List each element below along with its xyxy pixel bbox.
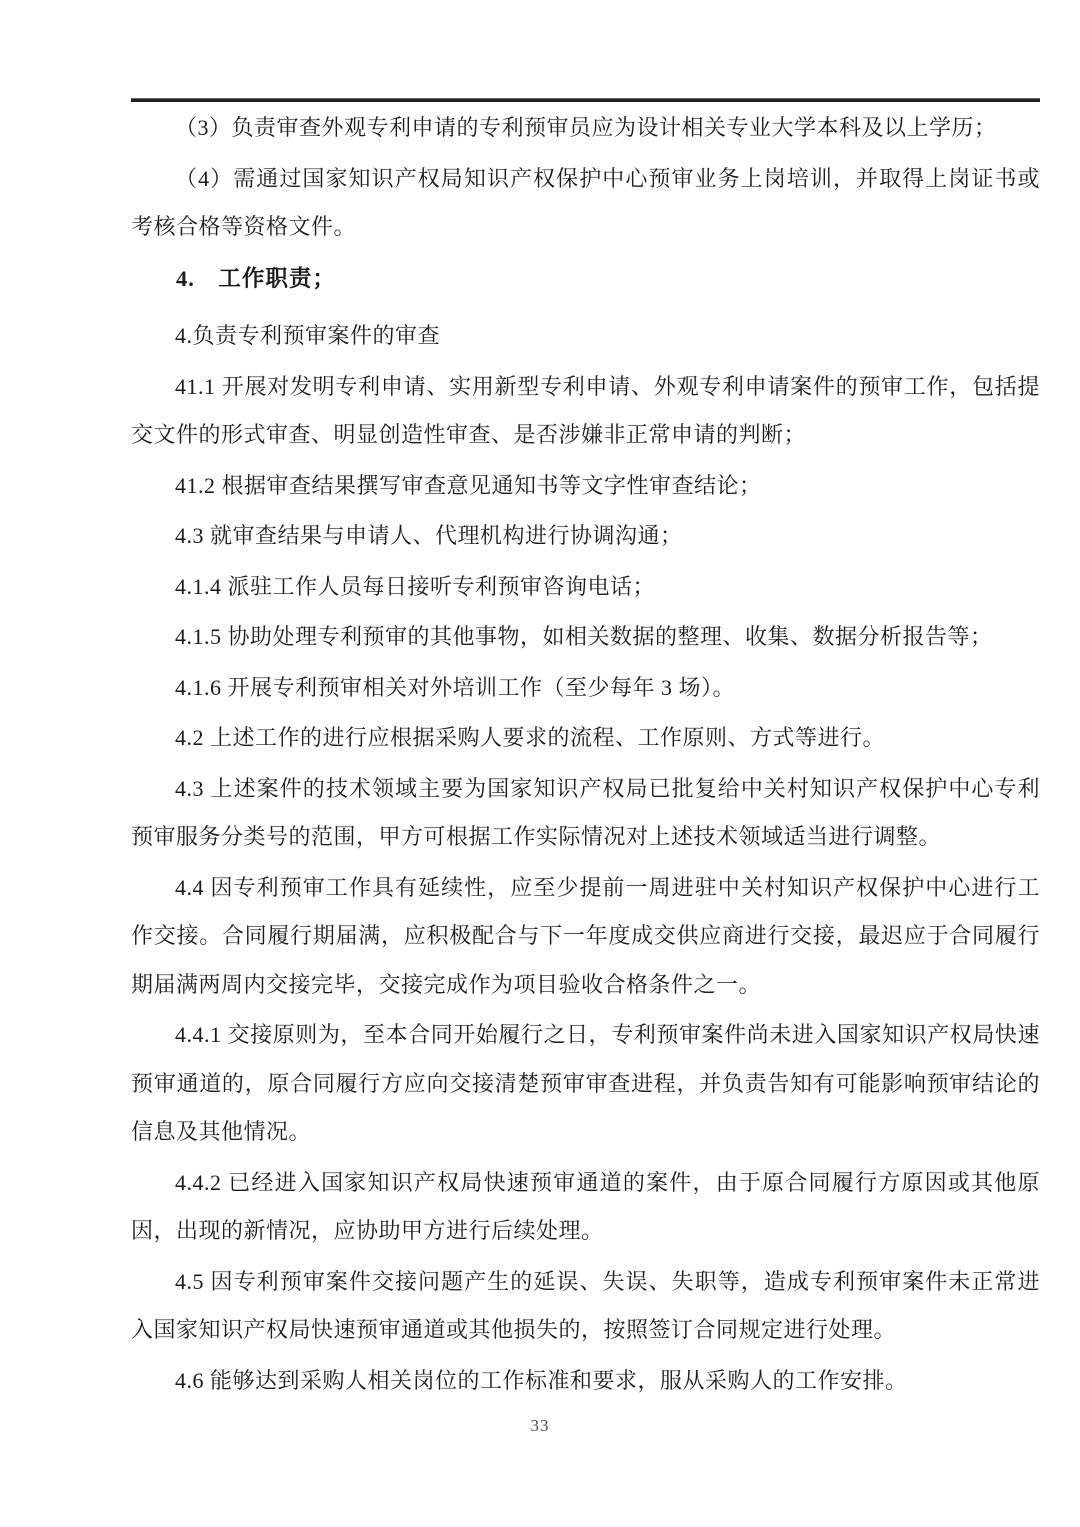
paragraph-4-1-4: 4.1.4 派驻工作人员每日接听专利预审咨询电话； <box>131 563 1040 612</box>
header-rule <box>131 98 1040 102</box>
paragraph-4-3-domains: 4.3 上述案件的技术领域主要为国家知识产权局已批复给中关村知识产权保护中心专利… <box>131 765 1040 862</box>
paragraph-item-4: （4）需通过国家知识产权局知识产权保护中心预审业务上岗培训，并取得上岗证书或考核… <box>131 155 1040 252</box>
paragraph-item-3: （3）负责审查外观专利申请的专利预审员应为设计相关专业大学本科及以上学历； <box>131 104 1040 153</box>
paragraph-4-1-6: 4.1.6 开展专利预审相关对外培训工作（至少每年 3 场）。 <box>131 664 1040 713</box>
paragraph-4-6: 4.6 能够达到采购人相关岗位的工作标准和要求，服从采购人的工作安排。 <box>131 1357 1040 1406</box>
paragraph-41-2: 41.2 根据审查结果撰写审查意见通知书等文字性审查结论； <box>131 462 1040 511</box>
paragraph-4-3-communication: 4.3 就审查结果与申请人、代理机构进行协调沟通； <box>131 512 1040 561</box>
paragraph-41-1: 41.1 开展对发明专利申请、实用新型专利申请、外观专利申请案件的预审工作，包括… <box>131 363 1040 460</box>
document-page: （3）负责审查外观专利申请的专利预审员应为设计相关专业大学本科及以上学历； （4… <box>0 0 1080 1527</box>
page-number: 33 <box>0 1416 1080 1436</box>
paragraph-4-4: 4.4 因专利预审工作具有延续性，应至少提前一周进驻中关村知识产权保护中心进行工… <box>131 864 1040 1010</box>
document-body: （3）负责审查外观专利申请的专利预审员应为设计相关专业大学本科及以上学历； （4… <box>131 104 1040 1407</box>
paragraph-4-5: 4.5 因专利预审案件交接问题产生的延误、失误、失职等，造成专利预审案件未正常进… <box>131 1258 1040 1355</box>
paragraph-4-4-2: 4.4.2 已经进入国家知识产权局快速预审通道的案件，由于原合同履行方原因或其他… <box>131 1159 1040 1256</box>
paragraph-4-1-5: 4.1.5 协助处理专利预审的其他事物，如相关数据的整理、收集、数据分析报告等； <box>131 613 1040 662</box>
section-heading-duties: 4. 工作职责； <box>131 255 1040 304</box>
paragraph-4-4-1: 4.4.1 交接原则为，至本合同开始履行之日，专利预审案件尚未进入国家知识产权局… <box>131 1011 1040 1157</box>
paragraph-4-intro: 4.负责专利预审案件的审查 <box>131 312 1040 361</box>
paragraph-4-2: 4.2 上述工作的进行应根据采购人要求的流程、工作原则、方式等进行。 <box>131 714 1040 763</box>
